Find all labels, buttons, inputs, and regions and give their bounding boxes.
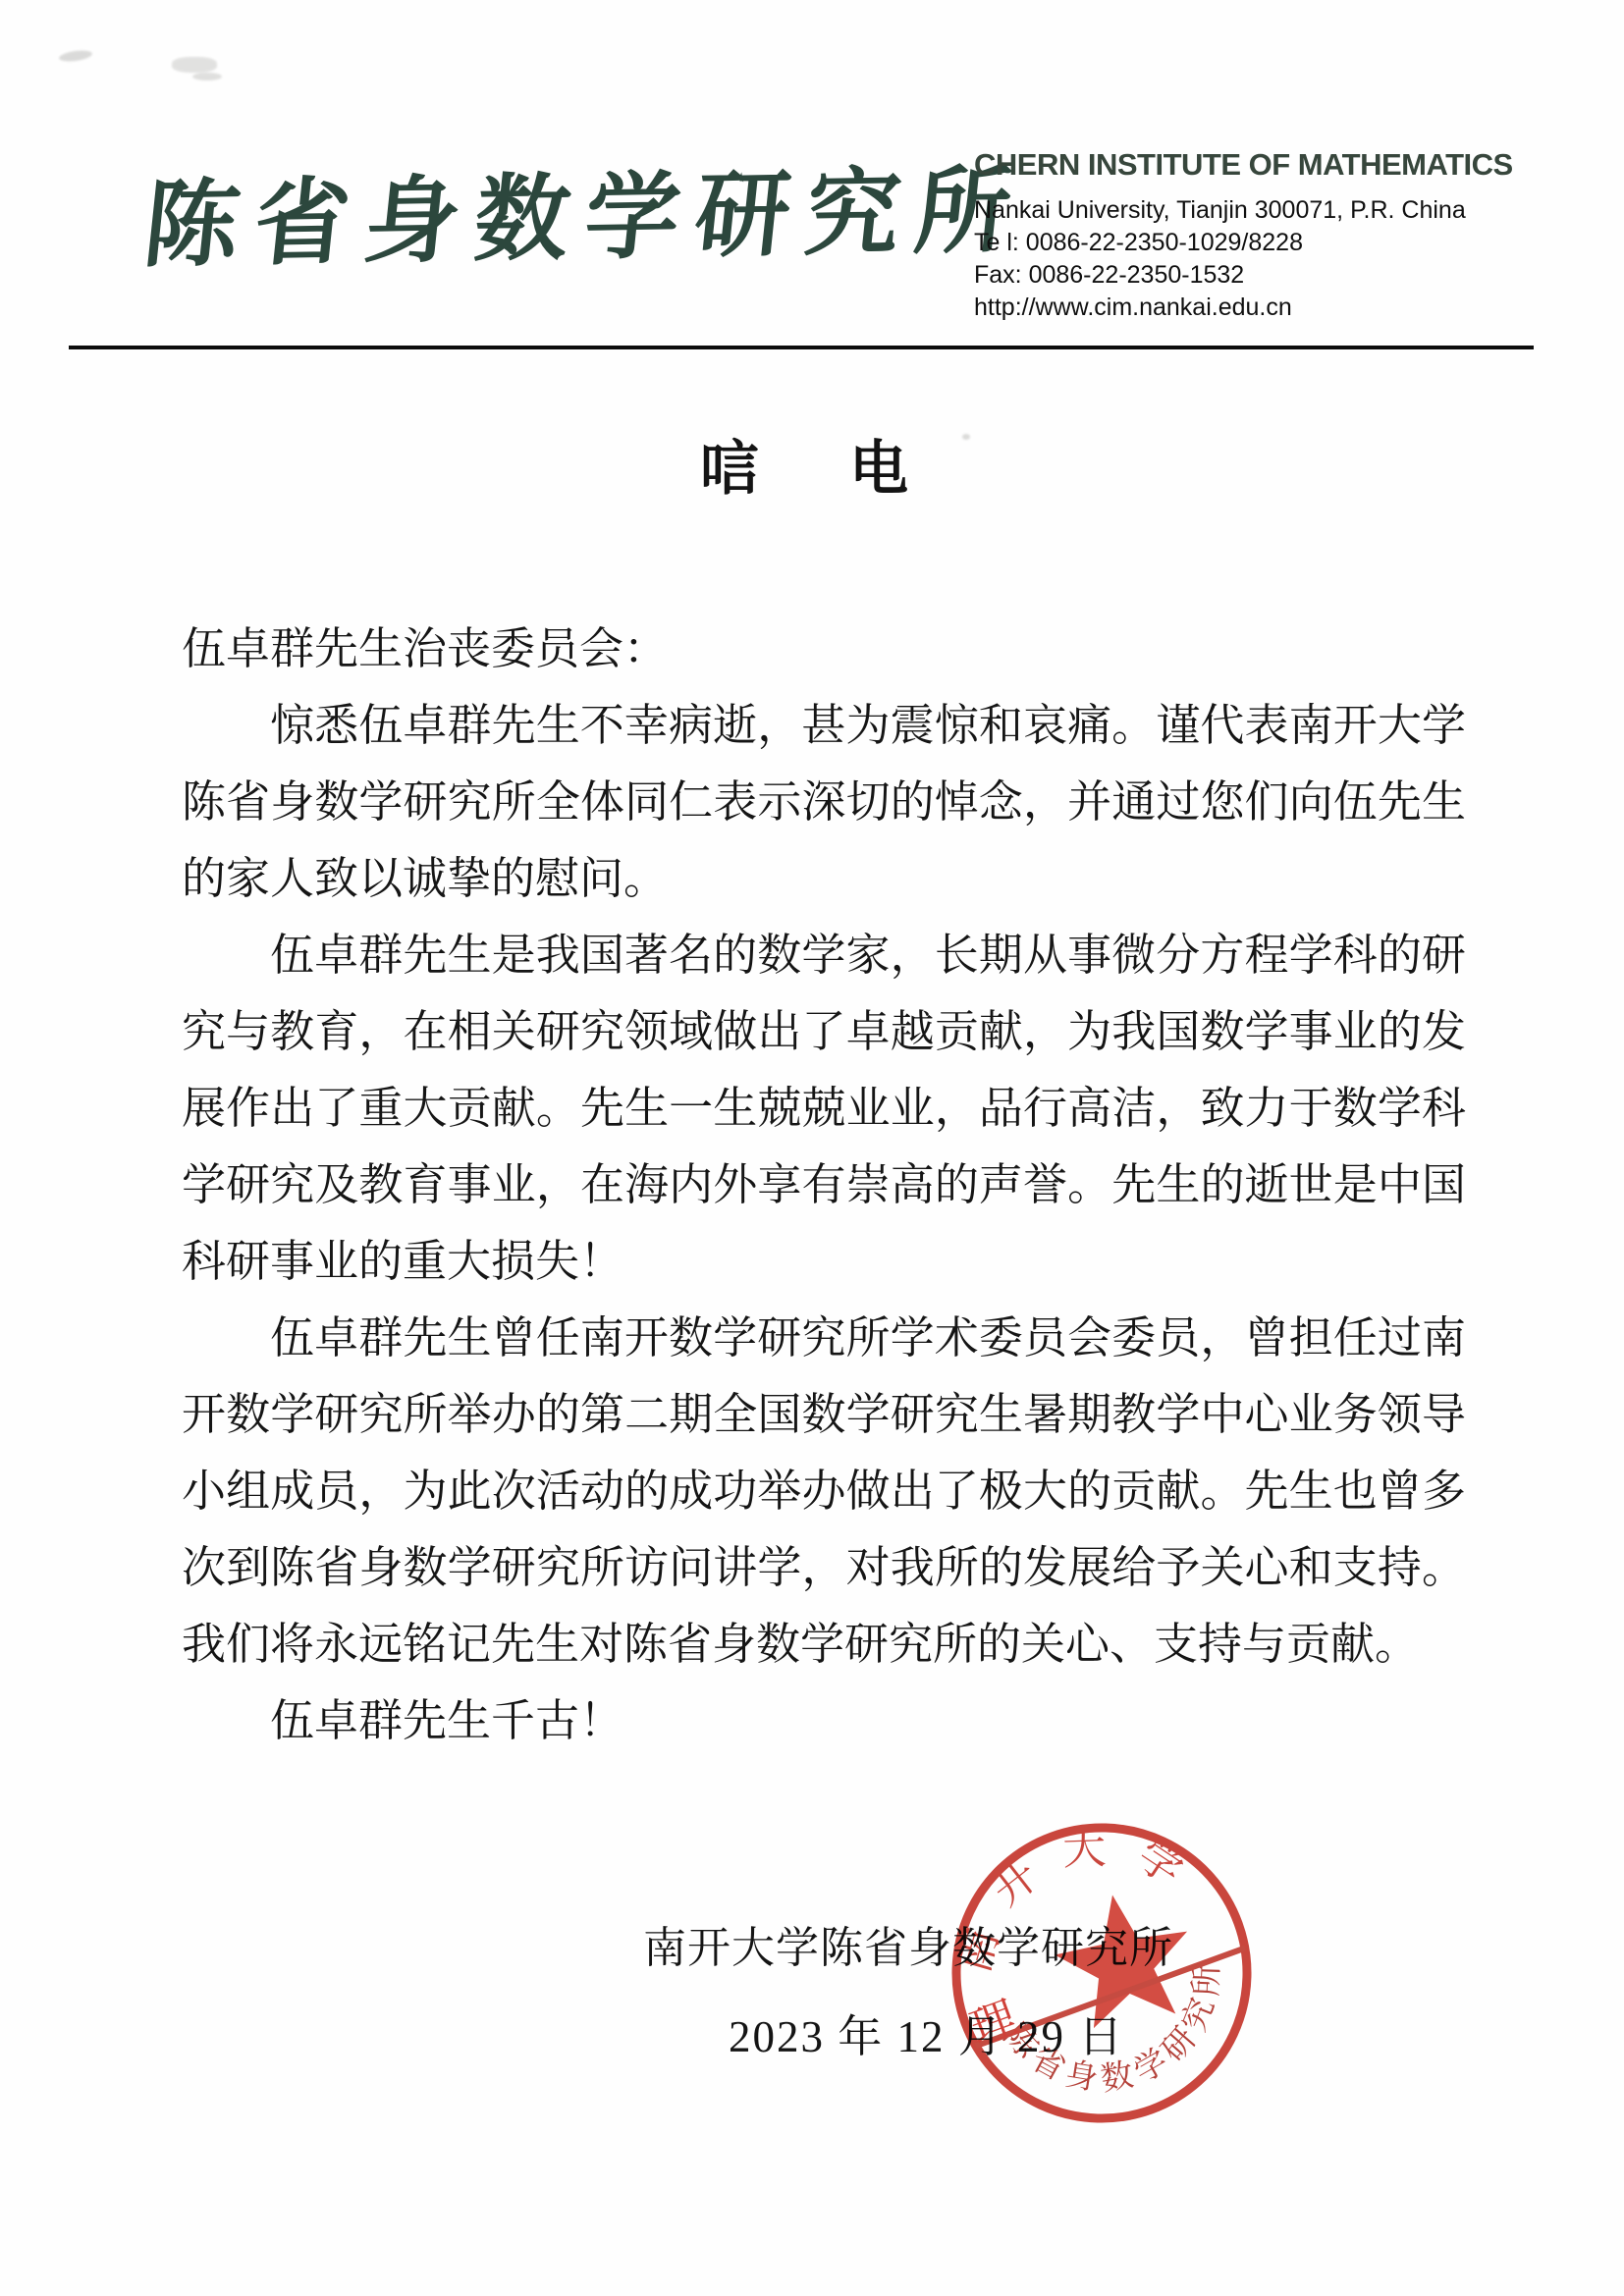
institute-address: Nankai University, Tianjin 300071, P.R. …: [974, 194, 1563, 227]
letter-body: 伍卓群先生治丧委员会： 惊悉伍卓群先生不幸病逝，甚为震惊和哀痛。谨代表南开大学陈…: [182, 611, 1466, 1759]
institute-fax: Fax: 0086-22-2350-1532: [974, 259, 1563, 292]
salutation-line: 伍卓群先生治丧委员会：: [182, 611, 1466, 687]
scan-noise: [172, 57, 217, 73]
letter-page: 陈省身数学研究所 CHERN INSTITUTE OF MATHEMATICS …: [0, 0, 1624, 2296]
official-seal: 南开大学 陈省身数学研究所 理: [945, 1816, 1259, 2130]
paragraph: 伍卓群先生是我国著名的数学家，长期从事微分方程学科的研究与教育，在相关研究领域做…: [182, 917, 1466, 1300]
memorial-line: 伍卓群先生千古！: [182, 1682, 1466, 1759]
institute-website: http://www.cim.nankai.edu.cn: [974, 292, 1563, 324]
institute-info-block: CHERN INSTITUTE OF MATHEMATICS Nankai Un…: [974, 147, 1563, 324]
header-divider-rule: [69, 346, 1534, 349]
scan-noise: [192, 73, 222, 80]
institute-name-en: CHERN INSTITUTE OF MATHEMATICS: [974, 147, 1563, 183]
institute-logo-calligraphy: 陈省身数学研究所: [138, 158, 917, 280]
institute-tel: Te l: 0086-22-2350-1029/8228: [974, 227, 1563, 259]
letter-title: 唁 电: [0, 422, 1624, 507]
paragraph: 伍卓群先生曾任南开数学研究所学术委员会委员，曾担任过南开数学研究所举办的第二期全…: [182, 1300, 1466, 1682]
scan-noise: [58, 49, 92, 64]
paragraph: 惊悉伍卓群先生不幸病逝，甚为震惊和哀痛。谨代表南开大学陈省身数学研究所全体同仁表…: [182, 687, 1466, 917]
